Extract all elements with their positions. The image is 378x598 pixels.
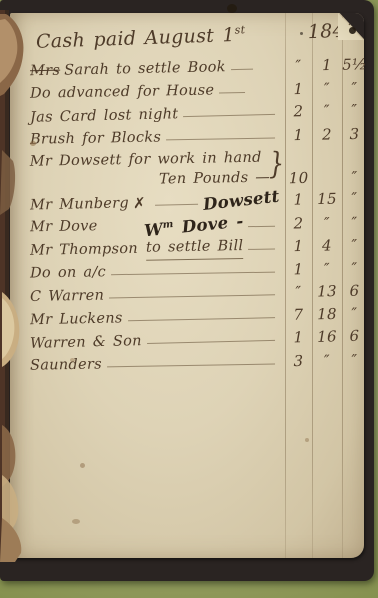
- ruled-dash: [155, 203, 199, 206]
- ruled-dash: [128, 316, 275, 321]
- amount-pounds: 1: [286, 326, 312, 349]
- ruled-dash: [219, 91, 245, 93]
- amount-pounds: 1: [286, 188, 311, 211]
- ruled-dash: [248, 247, 275, 249]
- amount-pounds: 10: [286, 167, 311, 189]
- amount-pence: ″: [341, 77, 368, 99]
- entry-description: Warren & Son: [30, 330, 142, 355]
- underlined-phrase: to settle Bill: [146, 235, 244, 261]
- foxing-spot: [70, 358, 75, 362]
- amount-pounds: 2: [286, 100, 312, 123]
- entry-description-line2: Ten Pounds —: [159, 168, 270, 190]
- ruled-dash: [166, 136, 275, 140]
- amount-shillings: 13: [313, 280, 341, 303]
- ledger-page: Cash paid August 1st 1846 MrsSarah to se…: [10, 13, 364, 558]
- foxing-spot: [305, 438, 309, 442]
- ruled-dash: [107, 362, 275, 367]
- amount-pence: ″: [341, 187, 368, 210]
- ruled-dash: [231, 68, 253, 70]
- brace: }: [268, 153, 284, 175]
- amount-pounds: 1: [286, 235, 311, 257]
- amount-shillings: ″: [313, 99, 342, 122]
- ruled-dash: [248, 225, 275, 227]
- amount-shillings: 1: [313, 54, 341, 77]
- ink-blot: [349, 27, 356, 34]
- entry-description: Sarah to settle Book: [64, 59, 226, 78]
- title-text: Cash paid August 1: [36, 24, 236, 53]
- title-superscript: st: [234, 23, 245, 36]
- amount-pounds: 1: [286, 258, 311, 280]
- entry-description: C Warren: [30, 285, 105, 308]
- amount-pence: 6: [341, 280, 368, 303]
- entry-description: Do advanced for House: [30, 80, 215, 105]
- page-title: Cash paid August 1st 1846: [36, 19, 357, 58]
- amount-pence: ″: [341, 257, 368, 279]
- amount-shillings: 4: [313, 234, 341, 256]
- strikethrough-word: Mrs: [30, 63, 60, 80]
- entry-description: Mr Munberg: [30, 192, 129, 216]
- ruled-dash: [147, 339, 275, 344]
- amount-shillings: ″: [313, 258, 341, 280]
- amount-pence: ″: [341, 211, 368, 233]
- ruled-dash: [183, 113, 275, 117]
- amount-pounds: 2: [286, 212, 311, 234]
- amount-pounds: ″: [286, 281, 311, 303]
- amount-shillings: ″: [313, 77, 341, 99]
- entry-description: Do on a/c: [30, 261, 106, 284]
- foxing-spot: [72, 519, 80, 524]
- amount-pounds: 3: [286, 350, 311, 372]
- amount-pounds: 7: [286, 303, 311, 326]
- amount-shillings: 18: [313, 303, 341, 326]
- entry-description: Saunders: [30, 353, 102, 376]
- amount-pounds: 1: [286, 78, 311, 100]
- amount-pence: 6: [341, 325, 369, 348]
- amount-shillings: ″: [313, 212, 341, 234]
- entry-description: Jas Card lost night: [30, 103, 179, 129]
- torn-edge-graphic: [0, 10, 32, 562]
- amount-shillings: ″: [313, 349, 341, 371]
- amount-shillings: 15: [313, 188, 341, 211]
- ruled-dash: [109, 293, 275, 298]
- ink-blot: [227, 4, 237, 13]
- cross-mark: ✗: [133, 192, 146, 214]
- amount-pounds: 1: [286, 124, 311, 146]
- entry-description: Mr Luckens: [30, 307, 123, 331]
- foxing-spot: [80, 463, 85, 468]
- amount-pence: ″: [341, 302, 368, 325]
- scan-background: { "document_type": "handwritten cash led…: [0, 0, 378, 598]
- entry-description: Brush for Blocks: [30, 126, 161, 150]
- ruled-dash: [111, 271, 275, 276]
- annotation-superscript: m: [162, 219, 174, 231]
- amount-shillings: 2: [313, 123, 341, 145]
- amount-pence: ″: [341, 234, 368, 256]
- amount-shillings: 16: [313, 325, 342, 348]
- ink-blot: [300, 32, 303, 35]
- amount-pence: 3: [341, 123, 368, 145]
- ledger-row: Mr Dowsett for work in hand Ten Pounds —…: [10, 146, 365, 194]
- amount-pence: ″: [341, 99, 369, 122]
- amount-pounds: ″: [286, 54, 311, 77]
- amount-shillings: [313, 166, 341, 188]
- entry-description: Mr Dove: [30, 215, 98, 238]
- amount-pence: ″: [341, 349, 368, 371]
- entry-description: Mr Thompson: [30, 238, 138, 262]
- amount-pence: 5½: [341, 53, 368, 76]
- amount-pence: ″: [341, 166, 368, 188]
